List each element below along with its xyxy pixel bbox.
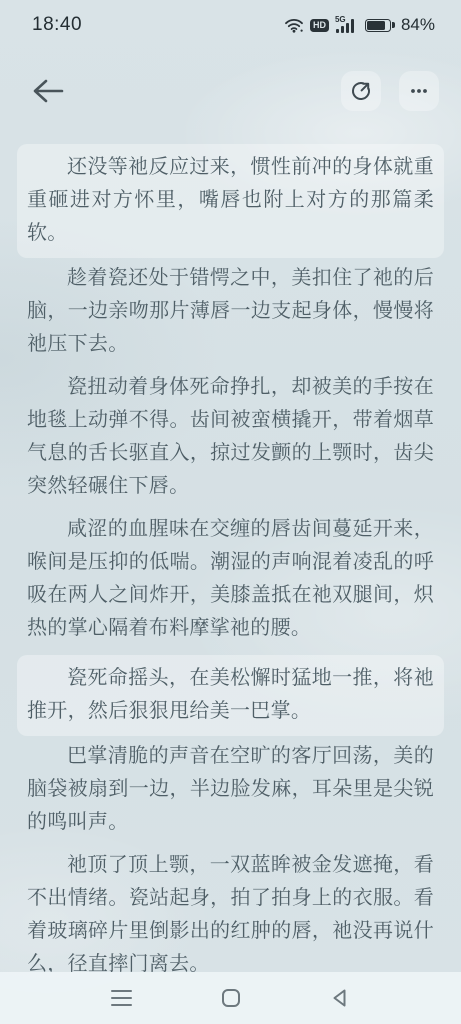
paragraph[interactable]: 瓷死命摇头，在美松懈时猛地一推，将祂推开，然后狠狠甩给美一巴掌。: [17, 655, 444, 736]
battery-percent: 84%: [401, 15, 435, 35]
wifi-icon: [284, 17, 304, 33]
battery-icon: [365, 19, 395, 32]
home-icon: [222, 989, 240, 1007]
clock-time: 18:40: [32, 14, 82, 36]
paragraph[interactable]: 祂顶了顶上颚，一双蓝眸被金发遮掩，看不出情绪。瓷站起身，拍了拍身上的衣服。看着玻…: [27, 849, 434, 972]
paragraph[interactable]: 还没等祂反应过来，惯性前冲的身体就重重砸进对方怀里，嘴唇也附上对方的那篇柔软。: [17, 144, 444, 258]
share-button[interactable]: [341, 71, 381, 111]
app-toolbar: [0, 64, 461, 118]
paragraph[interactable]: 巴掌清脆的声音在空旷的客厅回荡，美的脑袋被扇到一边，半边脸发麻，耳朵里是尖锐的鸣…: [27, 740, 434, 839]
paragraph[interactable]: 咸涩的血腥味在交缠的唇齿间蔓延开来，喉间是压抑的低喘。潮湿的声响混着凌乱的呼吸在…: [27, 513, 434, 645]
back-triangle-icon: [329, 987, 351, 1009]
more-options-button[interactable]: [399, 71, 439, 111]
nav-back-button[interactable]: [327, 985, 353, 1011]
back-arrow-icon: [31, 78, 65, 104]
share-external-icon: [349, 79, 373, 103]
nav-menu-button[interactable]: [108, 985, 134, 1011]
paragraph[interactable]: 瓷扭动着身体死命挣扎，却被美的手按在地毯上动弹不得。齿间被蛮横撬开，带着烟草气息…: [27, 371, 434, 503]
toolbar-actions: [341, 71, 439, 111]
hd-icon: HD: [310, 19, 329, 32]
nav-home-button[interactable]: [218, 985, 244, 1011]
reader-content[interactable]: 还没等祂反应过来，惯性前冲的身体就重重砸进对方怀里，嘴唇也附上对方的那篇柔软。 …: [0, 140, 461, 972]
status-bar: 18:40 HD 5G 84%: [0, 0, 461, 46]
back-button[interactable]: [28, 71, 68, 111]
more-dots-icon: [407, 79, 431, 103]
signal-bars: [336, 19, 354, 33]
signal-bars-icon: 5G: [335, 16, 359, 34]
menu-icon: [111, 990, 132, 1006]
paragraph[interactable]: 趁着瓷还处于错愕之中，美扣住了祂的后脑，一边亲吻那片薄唇一边支起身体，慢慢将祂压…: [27, 262, 434, 361]
system-nav-bar: [0, 972, 461, 1024]
status-icons: HD 5G 84%: [284, 15, 435, 35]
